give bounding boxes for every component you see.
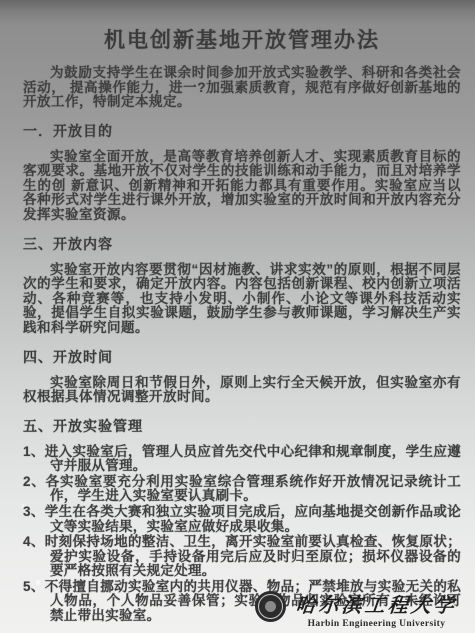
scanned-document-page: 机电创新基地开放管理办法 为鼓励支持学生在课余时间参加开放式实验教学、科研和各类… bbox=[0, 0, 475, 633]
section-body-time: 实验室除周日和节假日外，原则上实行全天候开放，但实验室亦有权根据具体情况调整开放… bbox=[23, 376, 461, 405]
section-heading-management: 五、开放实验管理 bbox=[23, 416, 461, 436]
section-body-purpose: 实验室全面开放，是高等教育培养创新人才、实现素质教育目标的客观要求。基地开放不仅… bbox=[23, 150, 461, 223]
document-content: 机电创新基地开放管理办法 为鼓励支持学生在课余时间参加开放式实验教学、科研和各类… bbox=[0, 0, 475, 624]
rule-item-2: 2、各实验室要充分利用实验室综合管理系统作好开放情况记录统计工作，学生进入实验室… bbox=[23, 475, 461, 504]
section-body-content: 实验室开放内容要贯彻“因材施教、讲求实效”的原则，根据不同层次的学生和要求，确定… bbox=[23, 263, 461, 336]
section-heading-content: 三、开放内容 bbox=[23, 234, 461, 254]
university-logo: 哈尔滨工程大学 Harbin Engineering University bbox=[255, 589, 457, 629]
university-name-block: 哈尔滨工程大学 Harbin Engineering University bbox=[296, 589, 457, 629]
university-name-cn: 哈尔滨工程大学 bbox=[294, 589, 458, 618]
rule-item-3: 3、学生在各类大赛和独立实验项目完成后，应向基地提交创新作品或论文等实验结果，实… bbox=[23, 505, 461, 534]
rule-item-1: 1、进入实验室后，管理人员应首先交代中心纪律和规章制度，学生应遵守并服从管理。 bbox=[23, 445, 461, 474]
section-heading-purpose: 一．开放目的 bbox=[23, 121, 461, 141]
university-name-en: Harbin Engineering University bbox=[296, 619, 457, 629]
intro-paragraph: 为鼓励支持学生在课余时间参加开放式实验教学、科研和各类社会活动， 提高操作能力，… bbox=[23, 66, 461, 110]
rule-item-4: 4、时刻保持场地的整洁、卫生，离开实验室前要认真检查、恢复原状；爱护实验设备，手… bbox=[23, 535, 461, 579]
section-heading-time: 四、开放时间 bbox=[23, 347, 461, 367]
university-seal-icon bbox=[255, 591, 286, 622]
document-title: 机电创新基地开放管理办法 bbox=[23, 24, 461, 54]
